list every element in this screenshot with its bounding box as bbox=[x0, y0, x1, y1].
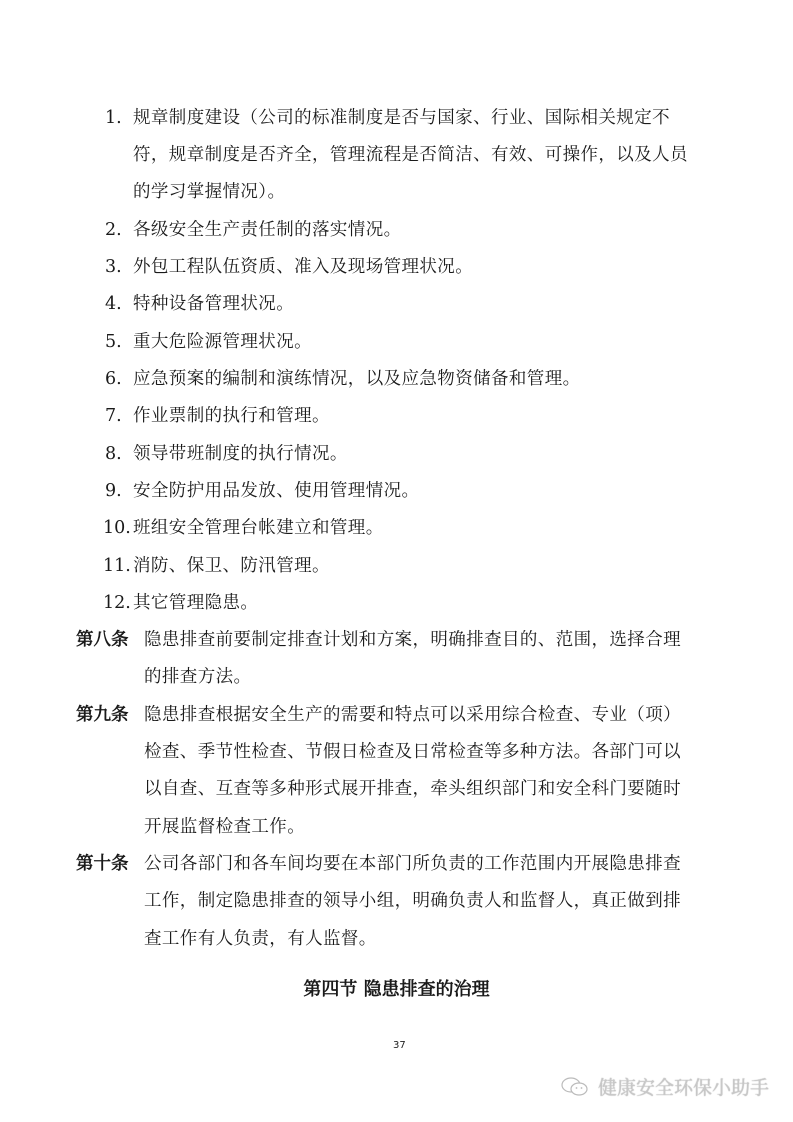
list-item-line: 规章制度建设（公司的标准制度是否与国家、行业、国际相关规定不 bbox=[133, 107, 670, 129]
article-line: 公司各部门和各车间均要在本部门所负责的工作范围内开展隐患排查 bbox=[144, 853, 681, 875]
list-number: 7. bbox=[105, 405, 122, 427]
list-item-line: 作业票制的执行和管理。 bbox=[133, 405, 330, 427]
wechat-icon bbox=[560, 1076, 590, 1098]
list-item-line: 消防、保卫、防汛管理。 bbox=[133, 555, 330, 577]
list-number: 11. bbox=[103, 555, 131, 577]
article-line: 的排查方法。 bbox=[144, 666, 251, 688]
page-number: 37 bbox=[393, 1040, 406, 1051]
list-number: 9. bbox=[105, 480, 122, 502]
list-number: 1. bbox=[105, 107, 122, 129]
watermark: 健康安全环保小助手 bbox=[560, 1073, 769, 1100]
list-item-line: 特种设备管理状况。 bbox=[133, 293, 294, 315]
watermark-text: 健康安全环保小助手 bbox=[598, 1073, 769, 1100]
list-item-line: 外包工程队伍资质、准入及现场管理状况。 bbox=[133, 256, 473, 278]
article-label: 第九条 bbox=[76, 704, 129, 726]
list-item-line: 的学习掌握情况）。 bbox=[133, 181, 285, 203]
list-number: 3. bbox=[105, 256, 122, 278]
list-number: 8. bbox=[105, 443, 122, 465]
list-item-line: 班组安全管理台帐建立和管理。 bbox=[133, 517, 384, 539]
list-item-line: 安全防护用品发放、使用管理情况。 bbox=[133, 480, 419, 502]
article-line: 以自查、互查等多种形式展开排查，牵头组织部门和安全科门要随时 bbox=[144, 778, 681, 800]
list-number: 2. bbox=[105, 219, 122, 241]
list-item-line: 领导带班制度的执行情况。 bbox=[133, 443, 348, 465]
article-line: 隐患排查前要制定排查计划和方案，明确排查目的、范围，选择合理 bbox=[144, 629, 681, 651]
article-line: 隐患排查根据安全生产的需要和特点可以采用综合检查、专业（项） bbox=[144, 704, 681, 726]
article-line: 工作，制定隐患排查的领导小组，明确负责人和监督人，真正做到排 bbox=[144, 890, 681, 912]
article-label: 第八条 bbox=[76, 629, 129, 651]
list-number: 6. bbox=[105, 368, 122, 390]
list-number: 4. bbox=[105, 293, 122, 315]
article-line: 查工作有人负责，有人监督。 bbox=[144, 928, 377, 950]
list-number: 10. bbox=[103, 517, 131, 539]
list-item-line: 重大危险源管理状况。 bbox=[133, 331, 312, 353]
list-number: 5. bbox=[105, 331, 122, 353]
list-item-line: 各级安全生产责任制的落实情况。 bbox=[133, 219, 402, 241]
section-title: 第四节 隐患排查的治理 bbox=[0, 975, 793, 1001]
list-number: 12. bbox=[103, 592, 131, 614]
article-line: 开展监督检查工作。 bbox=[144, 816, 305, 838]
article-line: 检查、季节性检查、节假日检查及日常检查等多种方法。各部门可以 bbox=[144, 741, 681, 763]
list-item-line: 应急预案的编制和演练情况，以及应急物资储备和管理。 bbox=[133, 368, 581, 390]
list-item-line: 其它管理隐患。 bbox=[133, 592, 258, 614]
list-item-line: 符，规章制度是否齐全，管理流程是否简洁、有效、可操作，以及人员 bbox=[133, 144, 688, 166]
article-label: 第十条 bbox=[76, 853, 129, 875]
